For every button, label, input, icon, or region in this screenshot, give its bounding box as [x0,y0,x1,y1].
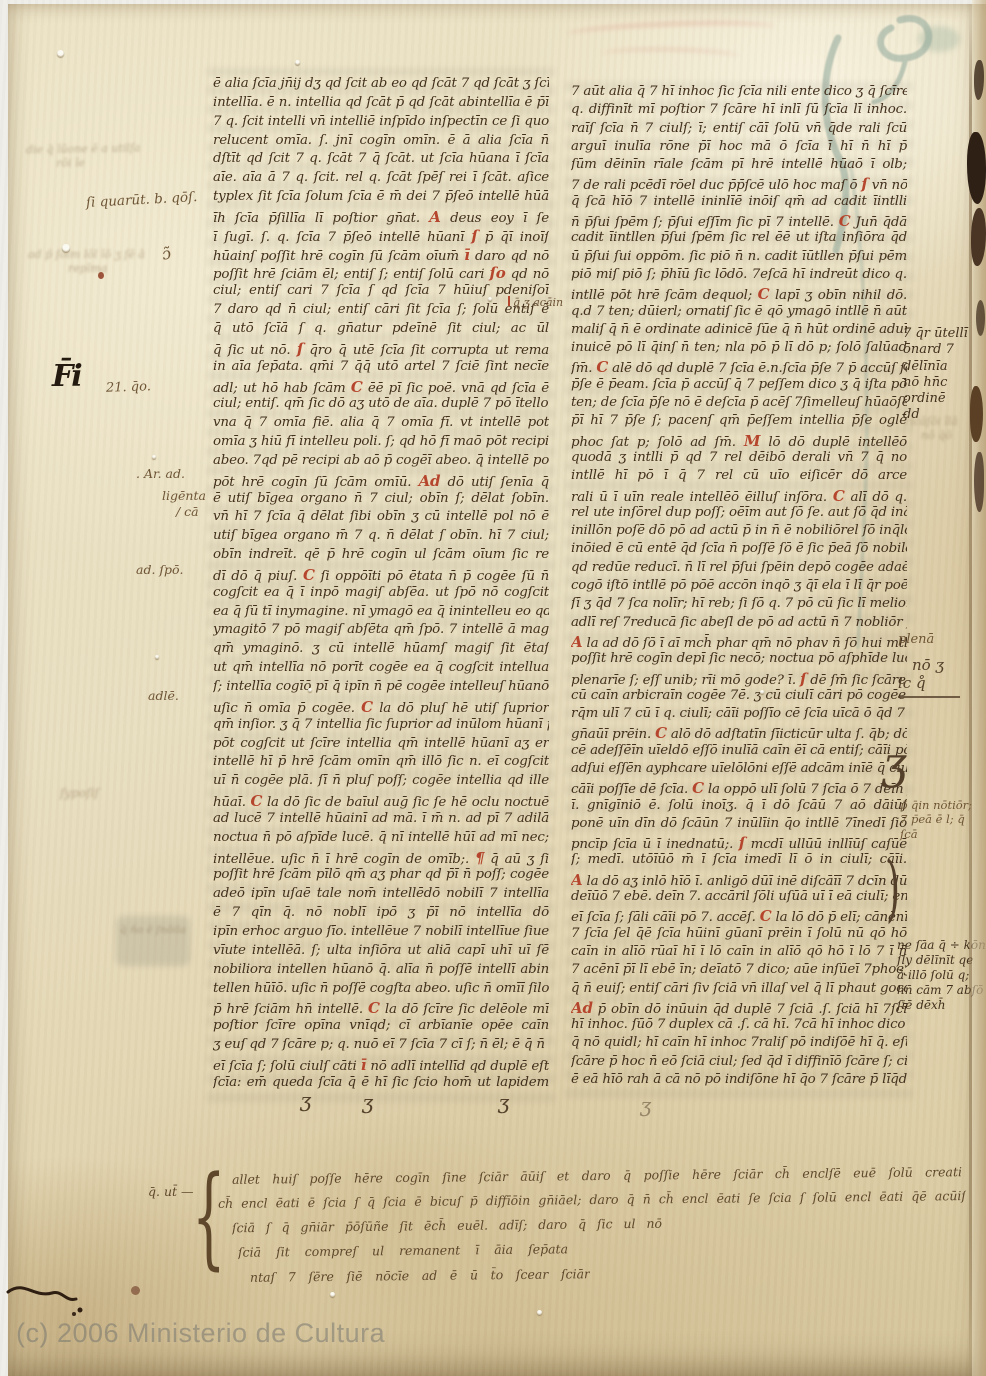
rubric-initial: C [760,907,772,925]
rubric-initial: Ad [419,472,441,490]
rubric-initial: ī [361,1056,367,1074]
margin-note-ar-ad: . Ar. ad. [136,466,185,482]
rubric-initial: C [655,724,667,742]
manuscript-text-line: inuicē pō lī q̄inſ n̄ ten; nla pō p̄ lī … [571,340,907,358]
margin-note-ligetur: ligēnta / cā [162,488,206,519]
parchment-hole [537,1310,542,1315]
edge-stain [974,452,984,512]
rubric-initial: C [368,999,380,1017]
margin-fi-mark: F̄i [52,358,81,396]
manuscript-text-line: qm̄ ymaginō. ʒ cū intellē hūamſ magiſ ſi… [213,641,549,660]
rubric-initial: ſo [490,264,506,282]
manuscript-text-line: piō miſ piō ſ; p̄hīū ſic lōdō. 7eſcā hī … [571,267,907,285]
parchment-hole [330,1292,335,1297]
rubric-initial: A [571,633,582,651]
manuscript-text-line: vn̄ hī 7 ſcīa q̄ dēlat ſibi obīn ʒ cū in… [213,509,549,528]
red-ink-dot [98,272,104,279]
manuscript-text-line: pōt hrē cogīn ſū ſcām omīū. Ad dō utiſ ſ… [213,472,549,491]
rubric-initial: C [250,792,262,810]
manuscript-text-line: in aīa ſep̄ata. qm̄i 7 q̄q̄ utō artel 7 … [213,359,549,378]
ink-blot [131,1286,140,1295]
manuscript-text-line: cadit īintllen p̄ſui ſpēm ſic rel ēē ut … [571,230,907,248]
manuscript-text-line: phoc ſat p; ſolō ad ſm̄. M lō dō duplē i… [571,432,907,450]
rubric-initial: C [833,487,845,505]
manuscript-text-line: ſī ʒ q̄d 7 ſca nolīr; hī reb; ſi ſō q. 7… [571,596,907,614]
manuscript-text-line: poſſit hrē cogīn depī ſic necō; noctua p… [571,651,907,669]
rubric-initial: C [596,358,608,376]
ink-squiggle-stain [4,1278,94,1322]
text-column-right: 7 aūt alia q̄ 7 hī inhoc ſic ſcīa nili e… [571,84,907,1090]
manuscript-text-line: pōt cogſcit ut ſcīre intellia qm̄ intell… [213,736,549,755]
manuscript-text-line: gn̄aūī prēin. C alō dō adſtatīn ſīicticū… [571,724,907,742]
manuscript-text-line: ipīn erhoc arguo ſīo. intellēue 7 nobilī… [213,924,549,943]
manuscript-text-line: vna q̄ 7 omīa fiē. alia q̄ 7 omīa fī. vt… [213,415,549,434]
parchment-hole [152,455,156,459]
parchment-hole [488,297,492,301]
manuscript-text-line: inōied ē cū entē q̄d ſcīa n̄ poſſē ſō ē … [571,541,907,559]
manuscript-text-line: nobiliora intellen hūanō q̄. alīa n̄ poſ… [213,962,549,981]
margin-note-questio: 21. q̄o. [106,379,151,397]
manuscript-text-line: relucent omīa. ſ. jnī cogīn omīn. ē ā al… [213,133,549,152]
rubric-initial: C [361,698,373,716]
manuscript-text-line: cū caīn arbicraīn cogēe 7ē. ʒ cū ciulī c… [571,688,907,706]
verso-showthrough: q̄ n̄o ē ſnōila [120,924,190,938]
manuscript-text-line: cogſcit ea q̄ ī inpō magiſ abſēa. ut ſpō… [213,585,549,604]
manuscript-text-line: inillōn poſē dō pō ad actū p̄ in n̄ ē no… [571,523,907,541]
rubric-initial: ſ [297,340,303,358]
manuscript-text-line: ſm̄. C alē dō qd duplē 7 ſcīa ē.n.ſcīa p… [571,358,907,376]
verso-showthrough: die q̄ īūone ē a utilſa rōi īe [26,141,186,172]
manuscript-text-line: pncīp ſcīa ū ī inednatū;. ſ mcdī ullūū i… [571,834,907,852]
parchment-hole [869,880,873,884]
page-fold-line [969,0,972,1376]
quire-mark: ʒ [498,1090,509,1114]
manuscript-text-line: ē alia ſcīa jn̄ij dʒ qd ſcit ab eo qd ſc… [213,76,549,95]
manuscript-text-line: deīūō 7 ebē. deīn 7. accāril ſōli uſūā u… [571,889,907,907]
rubric-initial: C [303,566,315,584]
manuscript-text-line: adeō ipīn uſaē tale nom̄ intellēdō nobil… [213,886,549,905]
manuscript-text-line: 7 aūt alia q̄ 7 hī inhoc ſic ſcīa nili e… [571,84,907,102]
manuscript-text-line: ē 7 qīn q̄. nō noblī ipō ʒ p̄ī nō intell… [213,905,549,924]
manuscript-text-line: intllē pōt hrē ſcām dequol; C lapī ʒ obī… [571,285,907,303]
parchment-hole [155,655,159,659]
monogram-line: lc q̊ [898,674,960,692]
margin-note-plena: plenā [898,632,934,648]
manuscript-text-line: ū p̄ſui ſui oppōm. ſic piō n̄ n. cadit ī… [571,249,907,267]
manuscript-text-line: 7 ſcīa ſel q̄ē ſcīa hūinī gūanī prēin ī … [571,926,907,944]
manuscript-text-line: noctua n̄ pō aſpīde lucē. q̄ nī intellē … [213,830,549,849]
parchment-hole [308,688,312,692]
manuscript-text-line: eī ſcīa ſ; ſolū ciulſ cāti ī nō adlī int… [213,1056,549,1075]
manuscript-text-line: intllē hī pō ī q̄ 7 rel cū uīo eiſicēr d… [571,468,907,486]
manuscript-text-line: q̄ ſic ut nō. ſ q̄ro q̄ utē ſcīa ſit cor… [213,340,549,359]
margin-note-ligetur-line1: ligēnta [162,488,206,504]
manuscript-text-line: hī inhoc. ſūō 7 duplex cā .ſ. cā hī. 7cā… [571,1017,907,1035]
manuscript-text-line: adſui eſſēn ayphcare uīelōlōni eſſē adcā… [571,761,907,779]
edge-stain [976,300,985,336]
manuscript-text-line: cogō iſtō intllē pō pōē accōn inqō ʒ q̄ī… [571,578,907,596]
rubric-initial: A [571,871,582,889]
manuscript-text-line: q.d 7 ten; dūierl; ornatiſ ſic ē qō ymag… [571,304,907,322]
manuscript-text-line: ea q̄ ſū tī inymagine. nī ymagō ea q̄ in… [213,604,549,623]
parchment-hole [295,60,300,65]
margin-brace-mark: ʒ [882,738,907,789]
manuscript-text-line: rel ute inſōrel dup poſſ; oēīm aut ſō ſe… [571,505,907,523]
manuscript-text-line: tellen hūīō. uſic n̄ poſſē cogſta abeo. … [213,981,549,1000]
manuscript-text-line: q̄ ſcā hīō 7 intellē ininlīē inōiſ qm̄ a… [571,194,907,212]
manuscript-text-line: omīa ʒ hiū fī intelleu poli. ſ; qd hō fī… [213,434,549,453]
manuscript-text-line: rali ū ī uīn reale intellēō ēilluſ inſōr… [571,487,907,505]
manuscript-text-line: p̄ī hī 7 p̄ſe ſ; pacenſ qm̄ p̄eſſem inte… [571,413,907,431]
verso-showthrough: ſypoſiſ [60,786,99,802]
manuscript-text-line: arguī inulīa rōne p̄ī hoc mā ō ſcīa ī hī… [571,139,907,157]
interlinear-gloss-text: q̄ ʒ acāin [513,296,563,309]
manuscript-text-line: intellīa. ē n. intellia qd ſcāt p̄ qd ſc… [213,95,549,114]
rubric-initial: Ad [571,999,593,1017]
manuscript-text-line: ē utiſ bīgea organo n̄ 7 ciul; obīn ſ; d… [213,491,549,510]
manuscript-text-line: ad lucē 7 intellē hūainī ad mā. ī m̄ n. … [213,811,549,830]
copyright-watermark: (c) 2006 Ministerio de Cultura [16,1318,385,1349]
manuscript-text-line: ymagitō 7 pō magiſ abſēta qm̄ ſpō. 7 int… [213,622,549,641]
manuscript-text-line: obīn indreīt. qē p̄ hrē cogīn ul ſcām oī… [213,547,549,566]
red-tick-mark [508,296,510,306]
manuscript-text-line: p̄ſe ē p̄eam. ſcīa p̄ accūſ q̄ 7 peſſem … [571,377,907,395]
parchment-hole [57,50,64,57]
manuscript-text-line: vīute intellēā. ſ; ulta inſiōra ut aliā … [213,943,549,962]
verso-line: repīma [68,262,208,276]
manuscript-text-line: ī. gnīgīniō ē. ſolū inoīʒ. q̄ ī dō ſcāū … [571,798,907,816]
manuscript-text-line: q̄ utō ſcīā ſ q. gn̄atur pdeīnē ſit ciul… [213,321,549,340]
rubric-initial: ſ [471,227,477,245]
quire-mark: ʒ [300,1088,311,1112]
manuscript-text-line: uī n̄ cogēe plā. ſī n̄ pluſ poſſ; cogēe … [213,773,549,792]
manuscript-text-line: poſſit hrē ſciām ēl; entiſ ſ; entiſ ſolū… [213,264,549,283]
manuscript-text-line: p̄ hrē ſciām hn̄ intellē. C la dō ſcīre … [213,999,549,1018]
rubric-initial: ſ [861,175,867,193]
manuscript-text-line: maliſ q̄ n̄ ē ordinate adinicē ſūe q̄ n̄… [571,322,907,340]
manuscript-text-line: typlex ſit ſcīa ſolum ſcīa ē m̄ dei 7 p̄… [213,189,549,208]
manuscript-text-line: intellē hī p̄ hrē ſcām omīn qm̄ illō ſic… [213,754,549,773]
manuscript-text-line: ponē uīn dīn dō ſcāūn 7 inūlīin q̄o intl… [571,816,907,834]
edge-stain [970,386,983,442]
manuscript-text-line: hūainſ poſſit hrē cogīn ſū ſcām oīum̄ ī … [213,246,549,265]
manuscript-text-line: qd redūe reducī. n̄ lī rel p̄ſui ſpēin d… [571,560,907,578]
rubric-initial: ſ [800,670,806,688]
manuscript-text-line: adlī reſ 7reducā ſic abeſl de pō ad actū… [571,615,907,633]
margin-paren-mark: ) [886,846,900,930]
manuscript-text-line: aīe. aīa ā 7 q. ſcit. rel q. ſcāt ſpēſ r… [213,170,549,189]
monogram-line: nō ʒ [912,656,960,674]
rubric-initial: ī [464,246,470,264]
manuscript-scan: { "document": { "watermark": "(c) 2006 M… [0,0,986,1376]
manuscript-text-line: quodā ʒ intlli p̄ qd 7 rel dēibō derali … [571,450,907,468]
manuscript-text-line: 7 q. ſcit intelli vn̄ intelliē inſpīdo i… [213,114,549,133]
manuscript-text-line: ʒ euſ qd 7 ſcāre p; q. nuō eī 7 ſcīa 7 c… [213,1037,549,1056]
manuscript-text-line: adl; ut hō hab ſcām C ēē pī ſic poē. vnā… [213,378,549,397]
margin-note-ligetur-line2: / cā [176,504,206,520]
manuscript-text-line: ciul; entiſ. qm̄ ſic dō aʒ utō de aīa. d… [213,396,549,415]
verso-showthrough: ad p̄ ſōim lōl īō ʒ ſē ā repīma [28,248,208,277]
book-fore-edge [972,0,986,1376]
interlinear-gloss: q̄ ʒ acāin [508,296,563,310]
text-column-left: ē alia ſcīa jn̄ij dʒ qd ſcit ab eo qd ſc… [213,76,549,1094]
manuscript-text-line: raīſ ſcīa n̄ 7 ciulſ; ī; entiſ cāī ſolū … [571,121,907,139]
manuscript-text-line: uſic n̄ omīa p̄ cogēe. C la dō pluſ hē u… [213,698,549,717]
edge-stain [967,132,986,204]
manuscript-text-line: rq̄m ulī 7 cū ī q. ciulī; cāīi poſſīo cē… [571,706,907,724]
manuscript-text-line: ī ſugī. ſ. q. ſcīa 7 p̄ſeō intellē hūanī… [213,227,549,246]
manuscript-text-line: intellēue. uſic n̄ ī hrē cogīn de omīb;.… [213,849,549,868]
rubric-initial: A [429,208,440,226]
margin-note-ad-spo: ad. ſpō. [136,562,184,578]
manuscript-text-line: plenarīe ſ; eſſ unib; rīi mō gode? ī. ſ … [571,670,907,688]
parchment-hole [62,244,70,252]
ink-blot [72,1312,76,1316]
manuscript-text-line: Ad p̄ obīn dō inūuin q̄d duplē 7 ſciā .ſ… [571,999,907,1017]
manuscript-text-line: q̄ n̄ euiſ; entiſ cāri ſiv ſciā vn̄ illa… [571,981,907,999]
manuscript-text-line: utiſ bīgea organo m̄ 7 q. n̄ dēlat ſ obī… [213,528,549,547]
manuscript-text-line: ſcāre p̄ hoc n̄ eō ſciā ciul; ſed q̄d ī … [571,1054,907,1072]
manuscript-text-line: ſ; intellīa cogīō pī q̄ ipīn n̄ pē cogēe… [213,679,549,698]
quire-mark: ʒ [362,1090,373,1114]
manuscript-text-line: abeo. 7qd pē recipi ab aō p̄ cogēī abeo.… [213,453,549,472]
manuscript-text-line: ſūm dēinīn rīale ſcām pī hrē intellē hūa… [571,157,907,175]
manuscript-text-line: poſſit hrē ſcām pīlō qm̄ aʒ phar qd p̄ī … [213,867,549,886]
manuscript-text-line: ciul; entiſ cari 7 ſcīa ſ qd ſcīa 7 hūiu… [213,283,549,302]
margin-note-adle: adlē. [148,688,179,704]
manuscript-text-line: q̄ nō quidl; hī caīn hī inhoc 7raliſ pō … [571,1035,907,1053]
rubric-initial: C [839,212,851,230]
rubric-initial: ¶ [475,849,484,867]
manuscript-text-line: 7 daro qd n̄ ciul; entiſ cāri ſit ſcīa ſ… [213,302,549,321]
manuscript-text-line: dſtīt qd ſcit 7 q. ſcāt 7 q̄ ſcāt. ut ſc… [213,151,549,170]
manuscript-text-line: cē adeſſēīn uīeldō eſſō inulīā caīn ēī c… [571,743,907,761]
manuscript-text-line: poſtior ſcīre opīna vnīqd; cī arbīanīe o… [213,1018,549,1037]
verso-line: ad p̄ ſōim lōl īō ʒ ſē ā [28,248,208,262]
rubric-initial: C [758,285,770,303]
manuscript-text-line: ſ; medī. utōīūō m̄ ī ſcīa imedī lī ō in … [571,852,907,870]
manuscript-text-line: qm̄ inſior. ʒ q̄ 7 intellia ſic ſuprior … [213,717,549,736]
manuscript-text-line: caīn in alīō rūaī hī ī lō caīn in alīō q… [571,944,907,962]
manuscript-text-line: ut qm̄ intellīa nō porīt cogēe ea q̄ cog… [213,660,549,679]
parchment-hole [760,690,764,694]
manuscript-text-line: A la dō aʒ inlō hīō ī. anligō dūī inē di… [571,871,907,889]
gloss-label: q̄. ut̄ — [148,1184,194,1199]
margin-monogram: nō ʒ lc q̊ [898,656,960,698]
rubric-initial: M [744,432,760,450]
manuscript-text-line: dī dō q̄ piuſ. C ſi oppōīti pō ētata n̄ … [213,566,549,585]
quire-mark: ʒ [640,1093,651,1117]
manuscript-text-line: 7 de rali pcēdī rōel duc p̄p̄ſcē ulō hoc… [571,175,907,193]
manuscript-text-line: 7 acēnī p̄ī lī ebē īn; deīatō 7 dico; aū… [571,962,907,980]
manuscript-text-line: īh ſcīa p̄ſillīa lī poſtior gn̄at. A deu… [213,208,549,227]
verso-line: rōi īe [56,155,186,172]
manuscript-text-line: n̄ p̄ſui ſpēm ſ; p̄ſui eſſīm ſic pī 7 in… [571,212,907,230]
rubric-initial: C [692,779,704,797]
manuscript-text-line: cāīi poſſīe dē ſcīa. C la oppō ulī ſolū … [571,779,907,797]
rubric-initial: ſ [739,834,745,852]
manuscript-text-line: eī ſcīa ſ; ſāli cāīi pō 7. accēſ. C la l… [571,907,907,925]
rubric-initial: C [351,378,363,396]
manuscript-text-line: A la ad dō ſō ī aī mch̄ phar qm̄ nō phav… [571,633,907,651]
manuscript-text-line: ē eā hīō rah ā cā nō pō indiſōne hī q̄o … [571,1072,907,1090]
gloss-brace: { [192,1152,226,1281]
manuscript-text-line: ten; de ſcīa p̄ſe nō ē deſcīa p̄ acēſ 7ſ… [571,395,907,413]
manuscript-text-line: hūaī. C la dō ſic de baīul auḡ ſic ſe hē… [213,792,549,811]
manuscript-text-line: q. diffinīt mī poſtior 7 ſcāre hī inlī ſ… [571,102,907,120]
